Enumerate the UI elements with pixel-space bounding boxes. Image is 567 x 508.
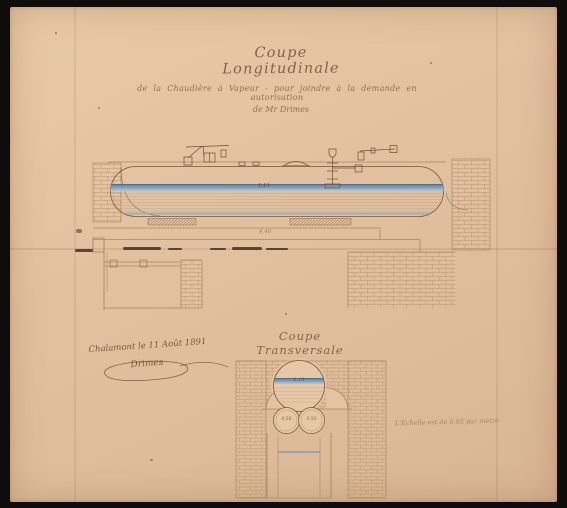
scale-note: L'Echelle est de 0,05 par mètre [395, 415, 567, 428]
left-tube-label: 0,50 [274, 417, 299, 422]
right-masonry-wall [446, 159, 490, 250]
ink-smudge [266, 248, 288, 250]
scanned-drawing: Coupe Longitudinale de la Chaudière à Va… [0, 0, 567, 508]
ink-smudge [75, 249, 93, 252]
ink-smudge [76, 229, 82, 233]
ink-smudge [210, 248, 226, 250]
ink-smudge [123, 247, 161, 250]
support-blocks [148, 219, 351, 226]
masonry-base-block [348, 252, 455, 308]
feed-valve-figure [325, 149, 362, 188]
paper-speck [285, 313, 287, 315]
paper-speck [55, 32, 57, 34]
shell-diameter-label: 1,10 [286, 377, 312, 383]
water-level-label: 1,11 [250, 183, 278, 189]
paper-speck [150, 459, 153, 461]
author-line: de Mr Drimes [221, 105, 341, 114]
page-subtitle: de la Chaudière à Vapeur - pour joindre … [127, 84, 427, 102]
paper-speck [430, 62, 432, 64]
brick-pillar [181, 260, 202, 308]
pedestal [267, 433, 331, 498]
transversal-section-drawing [234, 352, 390, 502]
ink-smudge [168, 248, 182, 250]
lever-figure [358, 146, 397, 161]
fold-crease-left [74, 7, 76, 502]
ink-smudge [232, 247, 262, 250]
longitudinal-section-drawing [90, 135, 502, 325]
boiler-length-label: 4,40 [251, 229, 279, 235]
paper-sheet: Coupe Longitudinale de la Chaudière à Va… [10, 7, 557, 502]
paper-speck [98, 107, 100, 109]
right-tube-label: 0,50 [299, 417, 324, 422]
page-title: Coupe Longitudinale [206, 44, 356, 77]
